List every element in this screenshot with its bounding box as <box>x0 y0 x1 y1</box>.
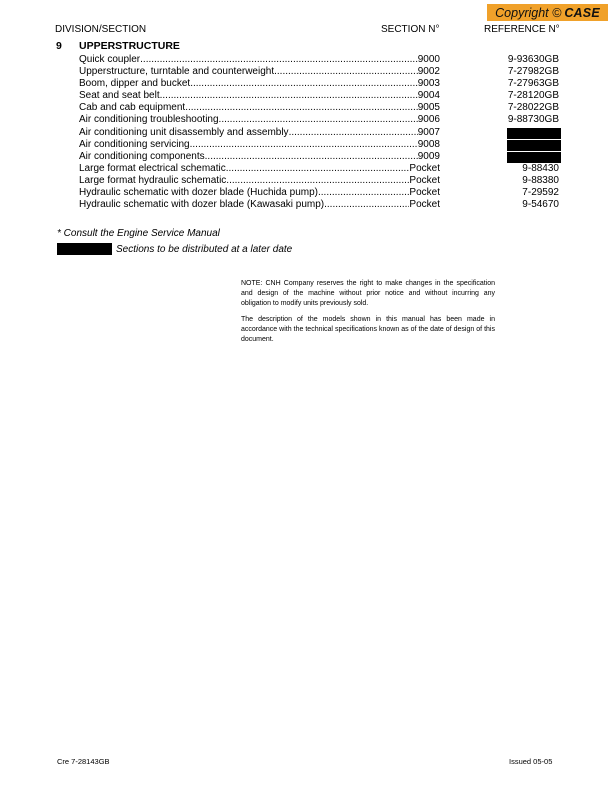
dot-leader <box>274 66 418 78</box>
note-description: The description of the models shown in t… <box>241 315 495 345</box>
redacted-reference <box>507 140 561 151</box>
row-label: Air conditioning servicing <box>79 139 190 151</box>
row-section: 9009 <box>418 151 440 163</box>
footnote-later: Sections to be distributed at a later da… <box>57 243 292 255</box>
footer-code: Cre 7-28143GB <box>57 757 110 766</box>
copyright-text: Copyright © <box>495 6 561 20</box>
row-section: 9004 <box>418 90 440 102</box>
row-label: Air conditioning components <box>79 151 205 163</box>
list-item: Boom, dipper and bucket90037-27963GB <box>79 78 569 90</box>
row-section: 9006 <box>418 114 440 126</box>
row-label: Upperstructure, turntable and counterwei… <box>79 66 274 78</box>
list-item: Air conditioning troubleshooting90069-88… <box>79 114 569 126</box>
row-reference: 7-28120GB <box>508 90 559 102</box>
section-title: UPPERSTRUCTURE <box>79 40 180 52</box>
row-reference: 7-27982GB <box>508 66 559 78</box>
row-leader: Air conditioning unit disassembly and as… <box>79 127 440 139</box>
list-item: Seat and seat belt90047-28120GB <box>79 90 569 102</box>
row-section: 9000 <box>418 54 440 66</box>
row-reference: 9-88380 <box>522 175 559 187</box>
list-item: Large format hydraulic schematicPocket9-… <box>79 175 569 187</box>
dot-leader <box>185 102 418 114</box>
row-section: 9005 <box>418 102 440 114</box>
list-item: Hydraulic schematic with dozer blade (Hu… <box>79 187 569 199</box>
row-leader: Hydraulic schematic with dozer blade (Ka… <box>79 199 440 211</box>
row-section: Pocket <box>409 187 440 199</box>
row-leader: Upperstructure, turntable and counterwei… <box>79 66 440 78</box>
row-section: 9007 <box>418 127 440 139</box>
row-leader: Hydraulic schematic with dozer blade (Hu… <box>79 187 440 199</box>
dot-leader <box>219 114 418 126</box>
row-label: Hydraulic schematic with dozer blade (Ka… <box>79 199 324 211</box>
section-header: SECTION N° <box>381 24 439 35</box>
row-leader: Boom, dipper and bucket9003 <box>79 78 440 90</box>
row-label: Large format hydraulic schematic <box>79 175 226 187</box>
dot-leader <box>190 78 418 90</box>
row-label: Cab and cab equipment <box>79 102 185 114</box>
row-leader: Large format hydraulic schematicPocket <box>79 175 440 187</box>
list-item: Hydraulic schematic with dozer blade (Ka… <box>79 199 569 211</box>
dot-leader <box>226 163 410 175</box>
row-label: Quick coupler <box>79 54 140 66</box>
dot-leader <box>289 127 418 139</box>
brand-logo: CASE <box>564 6 600 20</box>
row-label: Seat and seat belt <box>79 90 160 102</box>
list-item: Air conditioning components9009 <box>79 151 569 163</box>
row-reference: 9-54670 <box>522 199 559 211</box>
note-cnh: NOTE: CNH Company reserves the right to … <box>241 279 495 309</box>
redaction-swatch <box>57 243 112 255</box>
row-leader: Cab and cab equipment9005 <box>79 102 440 114</box>
row-label: Air conditioning troubleshooting <box>79 114 219 126</box>
dot-leader <box>226 175 409 187</box>
row-section: Pocket <box>409 175 440 187</box>
list-item: Large format electrical schematicPocket9… <box>79 163 569 175</box>
dot-leader <box>140 54 418 66</box>
row-section: Pocket <box>409 199 440 211</box>
row-reference: 7-27963GB <box>508 78 559 90</box>
list-item: Quick coupler90009-93630GB <box>79 54 569 66</box>
dot-leader <box>205 151 418 163</box>
row-label: Large format electrical schematic <box>79 163 226 175</box>
footer-issued: Issued 05-05 <box>509 757 552 766</box>
row-reference: 9-93630GB <box>508 54 559 66</box>
row-section: 9003 <box>418 78 440 90</box>
redacted-reference <box>507 128 561 139</box>
row-label: Hydraulic schematic with dozer blade (Hu… <box>79 187 318 199</box>
footnote-later-text: Sections to be distributed at a later da… <box>116 244 292 255</box>
row-leader: Large format electrical schematicPocket <box>79 163 440 175</box>
redacted-reference <box>507 152 561 163</box>
row-label: Air conditioning unit disassembly and as… <box>79 127 289 139</box>
list-item: Upperstructure, turntable and counterwei… <box>79 66 569 78</box>
dot-leader <box>160 90 418 102</box>
row-section: 9008 <box>418 139 440 151</box>
row-leader: Air conditioning troubleshooting9006 <box>79 114 440 126</box>
row-reference: 9-88730GB <box>508 114 559 126</box>
row-reference: 9-88430 <box>522 163 559 175</box>
dot-leader <box>324 199 409 211</box>
row-section: Pocket <box>409 163 440 175</box>
row-section: 9002 <box>418 66 440 78</box>
row-leader: Seat and seat belt9004 <box>79 90 440 102</box>
list-item: Cab and cab equipment90057-28022GB <box>79 102 569 114</box>
division-header: DIVISION/SECTION <box>55 24 146 35</box>
reference-header: REFERENCE N° <box>484 24 560 35</box>
row-reference: 7-28022GB <box>508 102 559 114</box>
row-reference: 7-29592 <box>522 187 559 199</box>
dot-leader <box>318 187 409 199</box>
contents-list: Quick coupler90009-93630GBUpperstructure… <box>79 54 569 211</box>
copyright-banner: Copyright © CASE <box>487 4 608 21</box>
row-leader: Air conditioning components9009 <box>79 151 440 163</box>
list-item: Air conditioning unit disassembly and as… <box>79 127 569 139</box>
row-leader: Quick coupler9000 <box>79 54 440 66</box>
dot-leader <box>190 139 418 151</box>
list-item: Air conditioning servicing9008 <box>79 139 569 151</box>
section-number: 9 <box>56 40 62 52</box>
row-label: Boom, dipper and bucket <box>79 78 190 90</box>
footnote-engine: * Consult the Engine Service Manual <box>57 228 220 239</box>
row-leader: Air conditioning servicing9008 <box>79 139 440 151</box>
